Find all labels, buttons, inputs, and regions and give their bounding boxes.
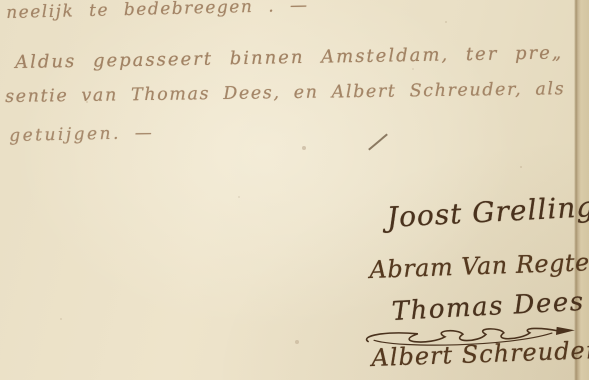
body-line-3: sentie van Thomas Dees, en Albert Schreu… <box>5 79 565 107</box>
signature-abram-van-regten: Abram Van Regten <box>369 248 589 284</box>
diagonal-pen-stroke-mark <box>368 134 388 151</box>
body-line-4: getuijgen. — <box>9 123 155 146</box>
manuscript-page: neelijk te bedebreegen . — Aldus gepasse… <box>0 0 589 380</box>
body-line-2: Aldus gepasseert binnen Amsteldam, ter p… <box>15 42 563 73</box>
body-line-1: neelijk te bedebreegen . — <box>6 0 309 23</box>
signature-joost-grelling: Joost Grelling <box>386 190 589 234</box>
paper-foxing-specks <box>0 0 2 2</box>
